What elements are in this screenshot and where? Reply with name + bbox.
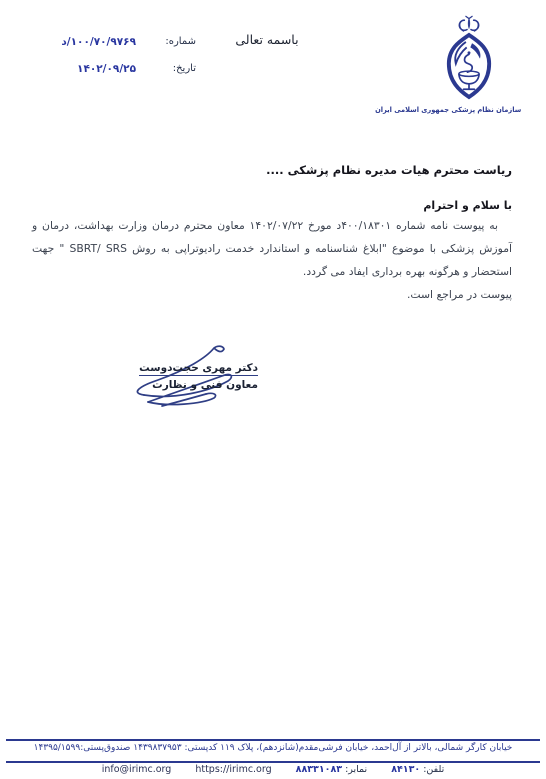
- letter-date-row: تاریخ: ۱۴۰۲/۰۹/۲۵: [26, 63, 196, 75]
- letter-body: ریاست محترم هیات مدیره نظام پزشکی .... ب…: [32, 162, 512, 306]
- footer-address: خیابان کارگر شمالی، بالاتر از آل‌احمد، خ…: [6, 743, 540, 753]
- letter-number-label: شماره:: [154, 36, 196, 47]
- letter-number-value: ۱۰۰/۷۰/۹۷۶۹/د: [61, 36, 136, 48]
- handwritten-signature-icon: [110, 344, 260, 410]
- bismillah-text: باسمه تعالی: [222, 32, 312, 47]
- recipient-heading: ریاست محترم هیات مدیره نظام پزشکی ....: [32, 162, 512, 178]
- letter-paragraph: به پیوست نامه شماره ۴۰۰/۱۸۳۰۱د مورخ ۱۴۰۲…: [32, 214, 512, 283]
- phone-value: ۸۴۱۳۰: [391, 764, 420, 775]
- phone-label: تلفن:: [423, 764, 444, 775]
- fax-label: نمابر:: [345, 764, 367, 775]
- reference-fields: شماره: ۱۰۰/۷۰/۹۷۶۹/د تاریخ: ۱۴۰۲/۰۹/۲۵: [26, 36, 196, 90]
- email-text: info@irimc.org: [102, 764, 172, 775]
- phone-item: تلفن: ۸۴۱۳۰: [391, 764, 444, 775]
- fax-item: نمابر: ۸۸۳۳۱۰۸۳: [296, 764, 368, 775]
- signature-block: دکتر مهری حجت‌دوست معاون فنی و نظارت: [138, 356, 258, 391]
- website-text: https://irimc.org: [195, 764, 271, 775]
- signatory-title: معاون فنی و نظارت: [138, 379, 258, 391]
- letter-page: سازمان نظام پزشکی جمهوری اسلامی ایران با…: [0, 0, 546, 779]
- irimc-logo-icon: [430, 14, 508, 104]
- logo-caption: سازمان نظام پزشکی جمهوری اسلامی ایران: [417, 106, 522, 114]
- letter-date-label: تاریخ:: [154, 63, 196, 74]
- salutation-heading: با سلام و احترام: [32, 198, 512, 214]
- footer-top-rule: [6, 739, 540, 741]
- letter-date-value: ۱۴۰۲/۰۹/۲۵: [77, 63, 136, 75]
- signatory-name: دکتر مهری حجت‌دوست: [139, 362, 258, 376]
- fax-value: ۸۸۳۳۱۰۸۳: [296, 764, 342, 775]
- letterhead-logo-block: سازمان نظام پزشکی جمهوری اسلامی ایران: [414, 14, 524, 114]
- footer-bottom-rule: [6, 761, 540, 763]
- footer-contacts: تلفن: ۸۴۱۳۰ نمابر: ۸۸۳۳۱۰۸۳ https://irim…: [6, 764, 540, 775]
- letter-number-row: شماره: ۱۰۰/۷۰/۹۷۶۹/د: [26, 36, 196, 48]
- attachment-note: پیوست در مراجع است.: [32, 283, 512, 306]
